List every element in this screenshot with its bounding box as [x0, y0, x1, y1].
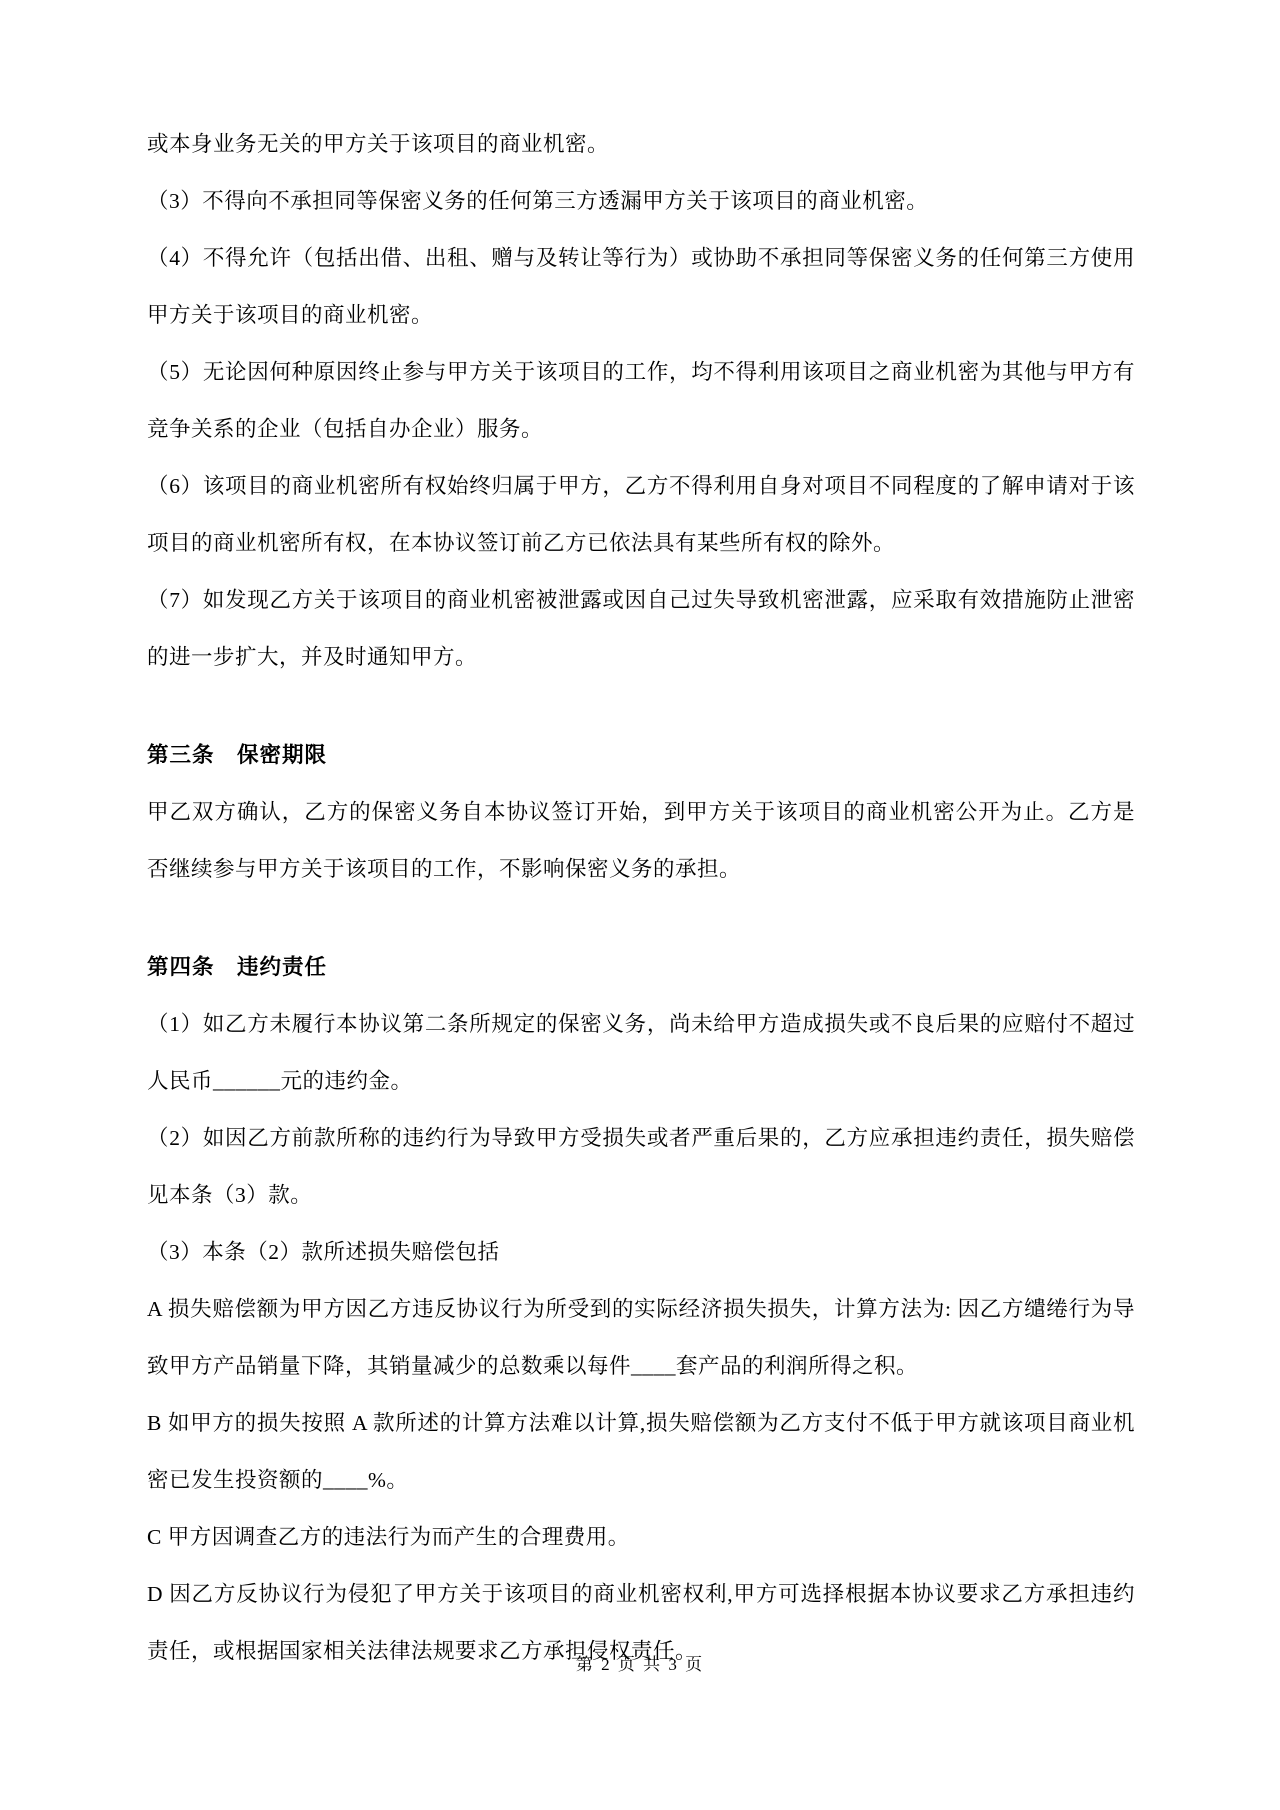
section-heading: 第三条 保密期限 — [147, 727, 1135, 784]
paragraph: （5）无论因何种原因终止参与甲方关于该项目的工作，均不得利用该项目之商业机密为其… — [147, 344, 1135, 458]
paragraph: C 甲方因调查乙方的违法行为而产生的合理费用。 — [147, 1509, 1135, 1566]
paragraph: （3）不得向不承担同等保密义务的任何第三方透漏甲方关于该项目的商业机密。 — [147, 173, 1135, 230]
paragraph: （6）该项目的商业机密所有权始终归属于甲方，乙方不得利用自身对项目不同程度的了解… — [147, 458, 1135, 572]
paragraph: （1）如乙方未履行本协议第二条所规定的保密义务，尚未给甲方造成损失或不良后果的应… — [147, 996, 1135, 1110]
page-number-footer: 第 2 页 共 3 页 — [0, 1650, 1280, 1675]
document-page: 或本身业务无关的甲方关于该项目的商业机密。（3）不得向不承担同等保密义务的任何第… — [0, 0, 1280, 1810]
paragraph: （2）如因乙方前款所称的违约行为导致甲方受损失或者严重后果的，乙方应承担违约责任… — [147, 1110, 1135, 1224]
section-heading: 第四条 违约责任 — [147, 939, 1135, 996]
paragraph: 或本身业务无关的甲方关于该项目的商业机密。 — [147, 116, 1135, 173]
paragraph: （4）不得允许（包括出借、出租、赠与及转让等行为）或协助不承担同等保密义务的任何… — [147, 230, 1135, 344]
paragraph: （7）如发现乙方关于该项目的商业机密被泄露或因自己过失导致机密泄露，应采取有效措… — [147, 572, 1135, 686]
paragraph: 甲乙双方确认，乙方的保密义务自本协议签订开始，到甲方关于该项目的商业机密公开为止… — [147, 784, 1135, 898]
paragraph: B 如甲方的损失按照 A 款所述的计算方法难以计算,损失赔偿额为乙方支付不低于甲… — [147, 1395, 1135, 1509]
paragraph: A 损失赔偿额为甲方因乙方违反协议行为所受到的实际经济损失损失，计算方法为: 因… — [147, 1281, 1135, 1395]
paragraph: （3）本条（2）款所述损失赔偿包括 — [147, 1224, 1135, 1281]
document-body: 或本身业务无关的甲方关于该项目的商业机密。（3）不得向不承担同等保密义务的任何第… — [147, 116, 1135, 1680]
